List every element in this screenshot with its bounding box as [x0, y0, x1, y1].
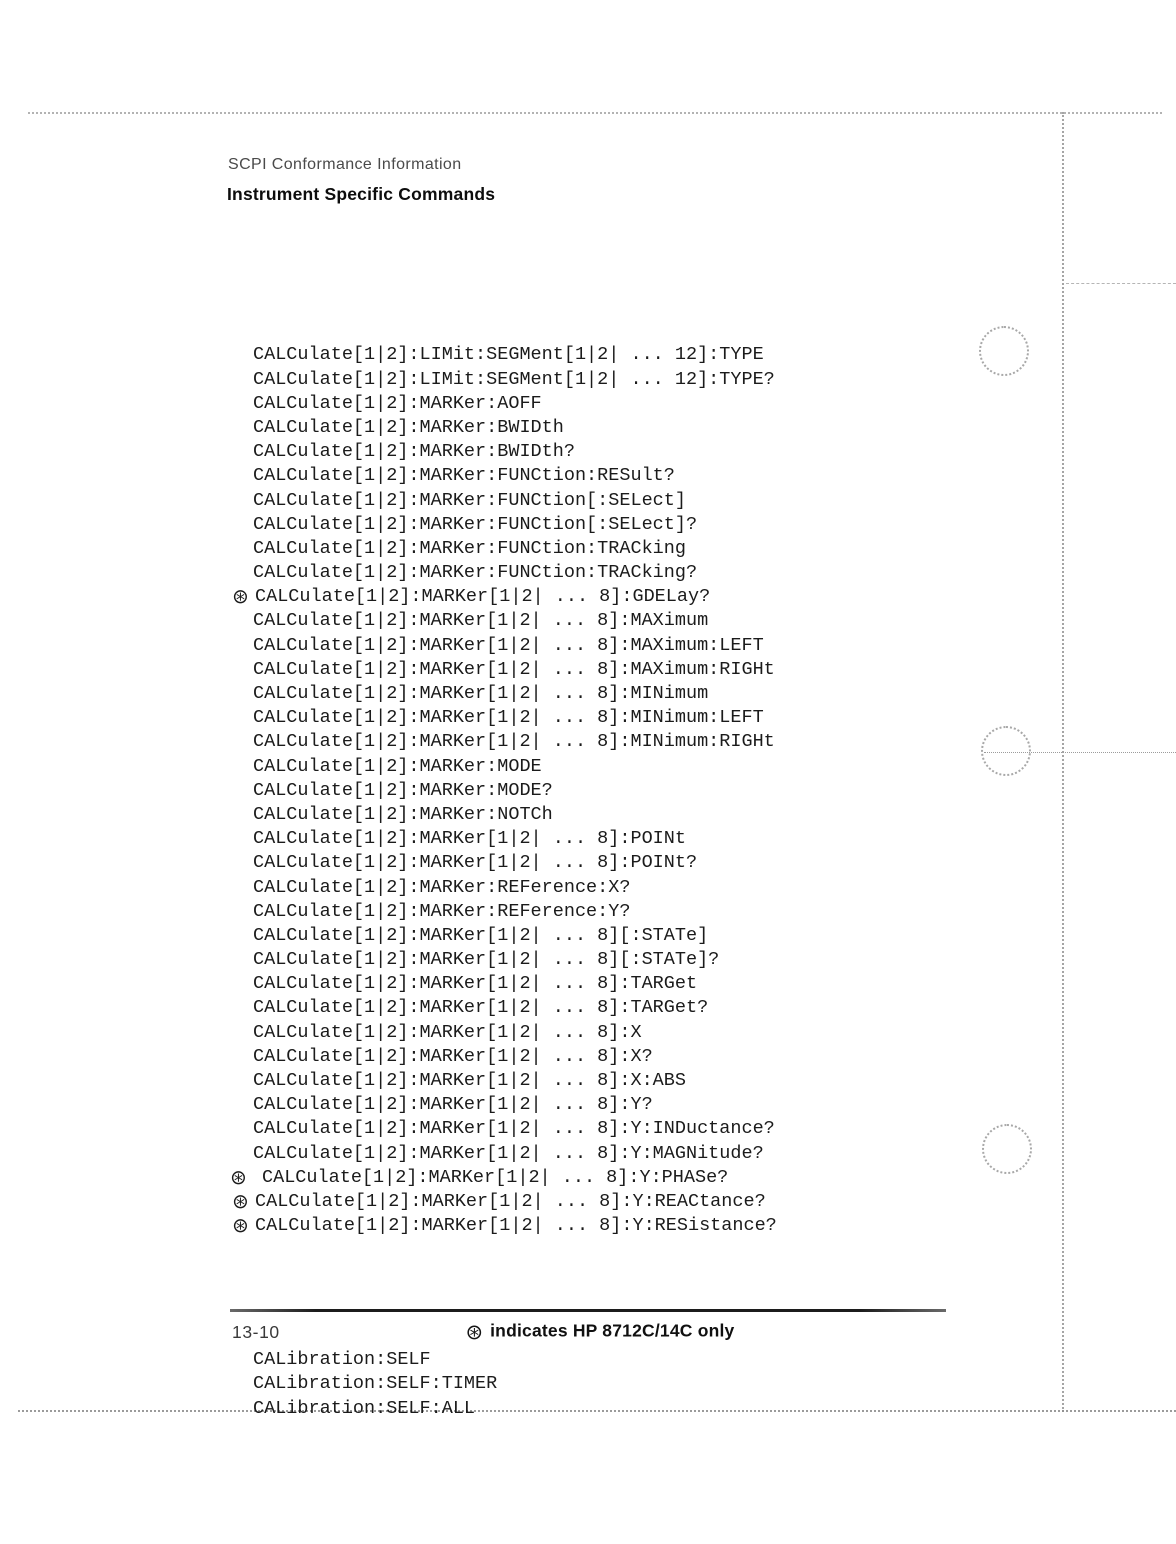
page-number: 13-10	[232, 1322, 280, 1343]
command-line: CALCulate[1|2]:MARKer[1|2| ... 8]:TARGet…	[253, 996, 1113, 1020]
footer-legend: ⊛indicates HP 8712C/14C only	[350, 1320, 850, 1344]
command-line: CALibration:SELF:ALL	[253, 1397, 1113, 1421]
scan-dash-mark	[1066, 283, 1176, 284]
command-line: CALCulate[1|2]:MARKer[1|2| ... 8]:MAXimu…	[253, 609, 1113, 633]
calibration-command-list: CALibration:SELFCALibration:SELF:TIMERCA…	[253, 1348, 1113, 1421]
command-line: CALCulate[1|2]:MARKer:FUNCtion:RESult?	[253, 464, 1113, 488]
command-line: CALCulate[1|2]:MARKer[1|2| ... 8][:STATe…	[253, 924, 1113, 948]
command-line: CALCulate[1|2]:MARKer[1|2| ... 8]:MAXimu…	[253, 658, 1113, 682]
command-line: CALibration:SELF	[253, 1348, 1113, 1372]
command-line: CALCulate[1|2]:MARKer:BWIDth?	[253, 440, 1113, 464]
command-line: CALCulate[1|2]:MARKer[1|2| ... 8]:POINt	[253, 827, 1113, 851]
command-line: CALCulate[1|2]:MARKer[1|2| ... 8]:MINimu…	[253, 730, 1113, 754]
group-gap	[253, 1287, 1113, 1300]
command-line: CALCulate[1|2]:MARKer[1|2| ... 8]:POINt?	[253, 851, 1113, 875]
command-line: CALCulate[1|2]:MARKer:REFerence:Y?	[253, 900, 1113, 924]
command-line: ⊛CALCulate[1|2]:MARKer[1|2| ... 8]:Y:REA…	[253, 1190, 1113, 1214]
command-line: CALCulate[1|2]:MARKer:FUNCtion:TRACking?	[253, 561, 1113, 585]
footer-legend-text: indicates HP 8712C/14C only	[490, 1321, 734, 1341]
command-line: CALCulate[1|2]:LIMit:SEGMent[1|2| ... 12…	[253, 368, 1113, 392]
footer-rule	[230, 1309, 946, 1312]
chapter-heading: SCPI Conformance Information	[228, 156, 462, 174]
command-line: ⊛CALCulate[1|2]:MARKer[1|2| ... 8]:GDELa…	[253, 585, 1113, 609]
command-line: CALCulate[1|2]:MARKer:NOTCh	[253, 803, 1113, 827]
command-line: CALCulate[1|2]:MARKer[1|2| ... 8]:MAXimu…	[253, 634, 1113, 658]
hp-8712c-14c-only-icon: ⊛	[232, 1215, 255, 1235]
command-line: CALCulate[1|2]:MARKer[1|2| ... 8]:X?	[253, 1045, 1113, 1069]
command-line: CALCulate[1|2]:MARKer[1|2| ... 8]:Y:INDu…	[253, 1117, 1113, 1141]
command-line: CALibration:SELF:TIMER	[253, 1372, 1113, 1396]
calculate-command-list: CALCulate[1|2]:LIMit:SEGMent[1|2| ... 12…	[253, 343, 1113, 1238]
command-line: CALCulate[1|2]:MARKer:MODE?	[253, 779, 1113, 803]
command-line: ⊛CALCulate[1|2]:MARKer[1|2| ... 8]:Y:PHA…	[253, 1166, 1113, 1190]
command-listing: CALCulate[1|2]:LIMit:SEGMent[1|2| ... 12…	[253, 295, 1113, 1469]
command-line: CALCulate[1|2]:MARKer[1|2| ... 8]:X	[253, 1021, 1113, 1045]
scan-edge-top	[28, 112, 1162, 114]
command-line: CALCulate[1|2]:MARKer:FUNCtion[:SELect]?	[253, 513, 1113, 537]
command-line: CALCulate[1|2]:MARKer[1|2| ... 8][:STATe…	[253, 948, 1113, 972]
scanned-manual-page: SCPI Conformance Information Instrument …	[0, 0, 1176, 1544]
command-line: CALCulate[1|2]:MARKer[1|2| ... 8]:MINimu…	[253, 682, 1113, 706]
command-line: ⊛CALCulate[1|2]:MARKer[1|2| ... 8]:Y:RES…	[253, 1214, 1113, 1238]
command-line: CALCulate[1|2]:MARKer:FUNCtion:TRACking	[253, 537, 1113, 561]
command-line: CALCulate[1|2]:MARKer[1|2| ... 8]:Y:MAGN…	[253, 1142, 1113, 1166]
hp-8712c-14c-only-icon: ⊛	[230, 1167, 253, 1187]
command-line: CALCulate[1|2]:MARKer[1|2| ... 8]:X:ABS	[253, 1069, 1113, 1093]
command-line: CALCulate[1|2]:MARKer:REFerence:X?	[253, 876, 1113, 900]
section-title: Instrument Specific Commands	[227, 184, 495, 205]
hp-8712c-14c-only-icon: ⊛	[232, 586, 255, 606]
command-line: CALCulate[1|2]:MARKer:BWIDth	[253, 416, 1113, 440]
hp-8712c-14c-only-icon: ⊛	[232, 1191, 255, 1211]
command-line: CALCulate[1|2]:MARKer[1|2| ... 8]:Y?	[253, 1093, 1113, 1117]
command-line: CALCulate[1|2]:MARKer[1|2| ... 8]:MINimu…	[253, 706, 1113, 730]
command-line: CALCulate[1|2]:MARKer:FUNCtion[:SELect]	[253, 489, 1113, 513]
command-line: CALCulate[1|2]:MARKer:AOFF	[253, 392, 1113, 416]
command-line: CALCulate[1|2]:MARKer[1|2| ... 8]:TARGet	[253, 972, 1113, 996]
command-line: CALCulate[1|2]:LIMit:SEGMent[1|2| ... 12…	[253, 343, 1113, 367]
hp-8712c-14c-only-icon: ⊛	[466, 1320, 484, 1344]
command-line: CALCulate[1|2]:MARKer:MODE	[253, 755, 1113, 779]
